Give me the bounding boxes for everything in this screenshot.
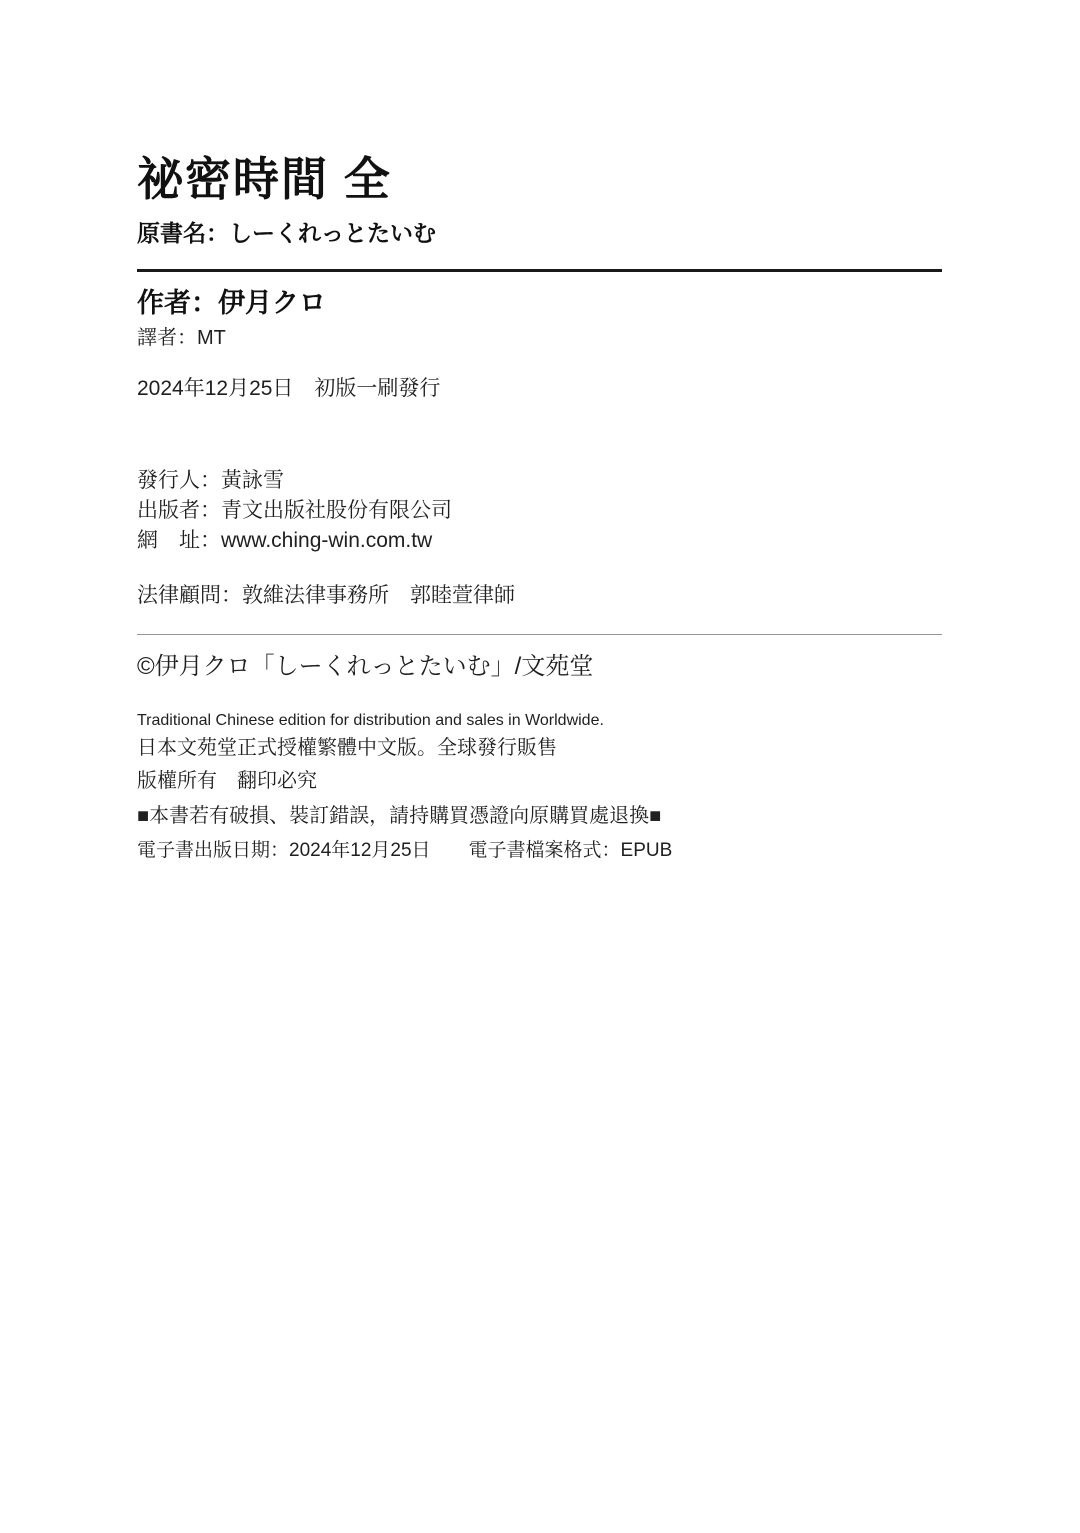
legal-advisor-line: 法律顧問：敦維法律事務所 郭睦萱律師 (137, 584, 515, 608)
divider-heavy (137, 269, 942, 272)
copyright-line: ©伊月クロ「しーくれっとたいむ」/文苑堂 (137, 653, 593, 681)
page-title: 祕密時間 全 (137, 153, 392, 206)
damage-notice-line: ■本書若有破損、裝訂錯誤，請持購買憑證向原購買處退換■ (137, 805, 661, 828)
rights-line: 版權所有 翻印必究 (137, 770, 317, 793)
license-en-line: Traditional Chinese edition for distribu… (137, 712, 604, 730)
divider-light (137, 634, 942, 635)
colophon-page: 祕密時間 全 原書名：しーくれっとたいむ 作者：伊月クロ 譯者：MT 2024年… (0, 0, 1080, 1533)
original-title: 原書名：しーくれっとたいむ (137, 220, 436, 246)
author-line: 作者：伊月クロ (137, 288, 326, 319)
website-line: 網 址：www.ching-win.com.tw (137, 529, 432, 553)
translator-line: 譯者：MT (137, 327, 226, 350)
ebook-info-line: 電子書出版日期：2024年12月25日 電子書檔案格式：EPUB (137, 840, 672, 862)
edition-date-line: 2024年12月25日 初版一刷發行 (137, 377, 440, 401)
license-zh-line: 日本文苑堂正式授權繁體中文版。全球發行販售 (137, 737, 557, 760)
publisher-line: 出版者：青文出版社股份有限公司 (137, 499, 452, 523)
issuer-line: 發行人：黃詠雪 (137, 469, 284, 493)
